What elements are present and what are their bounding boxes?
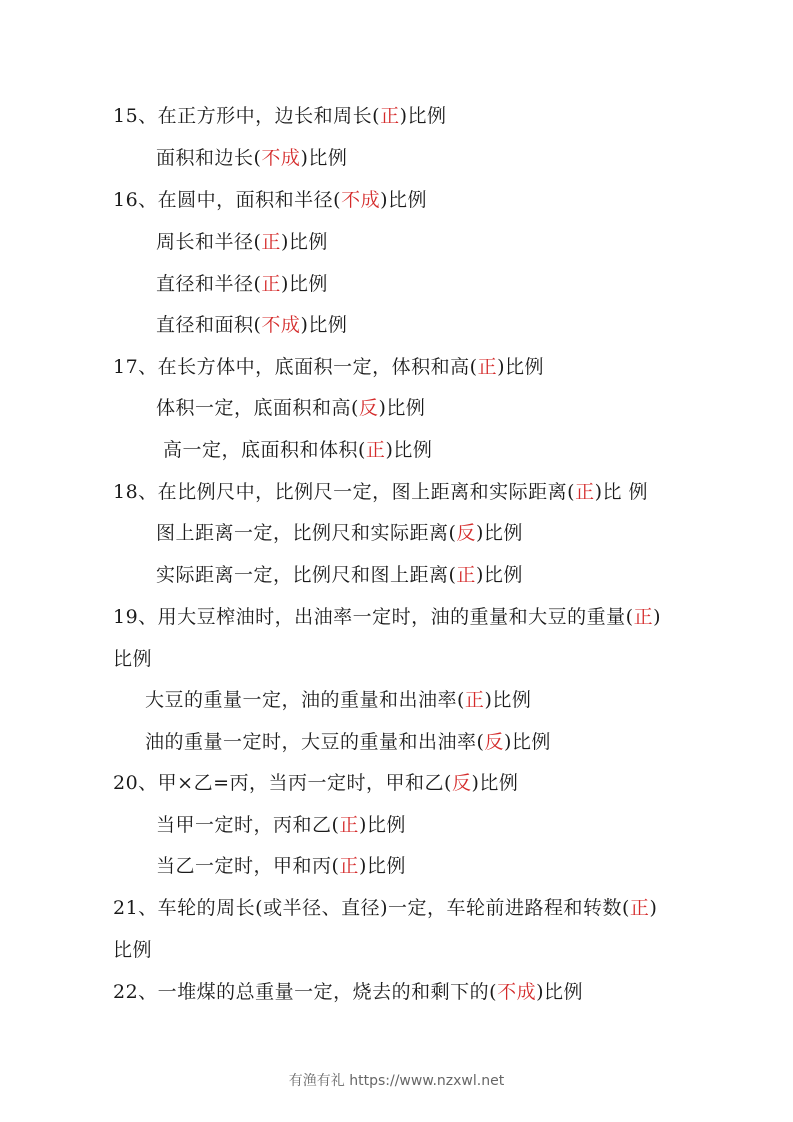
line-suffix: )	[649, 897, 657, 919]
text-line: 周长和半径(正)比例	[156, 230, 328, 254]
line-text: 周长和半径(	[156, 231, 261, 253]
line-suffix: )比例	[484, 689, 531, 711]
text-line: 21、车轮的周长(或半径、直径)一定，车轮前进路程和转数(正)	[113, 896, 657, 920]
line-text: 22、一堆煤的总重量一定，烧去的和剩下的(	[113, 981, 497, 1003]
line-suffix: )比例	[476, 564, 523, 586]
answer-text: 正	[465, 689, 485, 711]
text-line: 面积和边长(不成)比例	[156, 146, 347, 170]
line-text: 19、用大豆榨油时，出油率一定时，油的重量和大豆的重量(	[113, 606, 634, 628]
answer-text: 正	[630, 897, 650, 919]
text-line: 油的重量一定时，大豆的重量和出油率(反)比例	[145, 730, 551, 754]
line-text: 比例	[113, 648, 152, 670]
line-suffix: )比例	[378, 397, 425, 419]
line-text: 面积和边长(	[156, 147, 261, 169]
line-text: 21、车轮的周长(或半径、直径)一定，车轮前进路程和转数(	[113, 897, 630, 919]
line-text: 直径和半径(	[156, 273, 261, 295]
answer-text: 反	[456, 522, 476, 544]
answer-text: 正	[575, 481, 595, 503]
text-line: 18、在比例尺中，比例尺一定，图上距离和实际距离(正)比 例	[113, 480, 648, 504]
line-suffix: )比例	[380, 189, 427, 211]
line-suffix: )比例	[359, 814, 406, 836]
answer-text: 不成	[261, 314, 300, 336]
line-text: 油的重量一定时，大豆的重量和出油率(	[145, 731, 484, 753]
text-line: 高一定，底面积和体积(正)比例	[163, 438, 432, 462]
line-text: 直径和面积(	[156, 314, 261, 336]
line-suffix: )比例	[359, 855, 406, 877]
text-line: 体积一定，底面积和高(反)比例	[156, 396, 425, 420]
line-text: 20、甲×乙=丙，当丙一定时，甲和乙(	[113, 772, 452, 794]
text-line: 大豆的重量一定，油的重量和出油率(正)比例	[145, 688, 531, 712]
line-suffix: )比例	[400, 105, 447, 127]
line-suffix: )	[653, 606, 661, 628]
line-text: 大豆的重量一定，油的重量和出油率(	[145, 689, 465, 711]
answer-text: 正	[366, 439, 386, 461]
text-line: 比例	[113, 938, 152, 962]
text-line: 22、一堆煤的总重量一定，烧去的和剩下的(不成)比例	[113, 980, 583, 1004]
answer-text: 反	[359, 397, 379, 419]
line-suffix: )比例	[281, 231, 328, 253]
line-suffix: )比例	[497, 356, 544, 378]
answer-text: 正	[261, 231, 281, 253]
line-suffix: )比例	[281, 273, 328, 295]
answer-text: 正	[478, 356, 498, 378]
line-text: 当甲一定时，丙和乙(	[156, 814, 339, 836]
answer-text: 正	[339, 855, 359, 877]
answer-text: 正	[380, 105, 400, 127]
text-line: 比例	[113, 647, 152, 671]
text-line: 直径和面积(不成)比例	[156, 313, 347, 337]
answer-text: 正	[339, 814, 359, 836]
line-suffix: )比例	[300, 314, 347, 336]
text-line: 直径和半径(正)比例	[156, 272, 328, 296]
line-suffix: )比 例	[595, 481, 648, 503]
line-suffix: )比例	[300, 147, 347, 169]
answer-text: 不成	[341, 189, 380, 211]
line-suffix: )比例	[476, 522, 523, 544]
answer-text: 不成	[497, 981, 536, 1003]
line-text: 图上距离一定，比例尺和实际距离(	[156, 522, 456, 544]
text-line: 15、在正方形中，边长和周长(正)比例	[113, 104, 447, 128]
line-text: 高一定，底面积和体积(	[163, 439, 366, 461]
text-line: 图上距离一定，比例尺和实际距离(反)比例	[156, 521, 523, 545]
text-line: 16、在圆中，面积和半径(不成)比例	[113, 188, 427, 212]
line-suffix: )比例	[536, 981, 583, 1003]
text-line: 19、用大豆榨油时，出油率一定时，油的重量和大豆的重量(正)	[113, 605, 661, 629]
line-text: 18、在比例尺中，比例尺一定，图上距离和实际距离(	[113, 481, 575, 503]
line-text: 比例	[113, 939, 152, 961]
line-text: 体积一定，底面积和高(	[156, 397, 359, 419]
text-line: 20、甲×乙=丙，当丙一定时，甲和乙(反)比例	[113, 771, 518, 795]
line-text: 当乙一定时，甲和丙(	[156, 855, 339, 877]
answer-text: 正	[634, 606, 654, 628]
footer-watermark: 有渔有礼 https://www.nzxwl.net	[0, 1070, 793, 1090]
line-suffix: )比例	[385, 439, 432, 461]
text-line: 17、在长方体中，底面积一定，体积和高(正)比例	[113, 355, 544, 379]
line-text: 实际距离一定，比例尺和图上距离(	[156, 564, 456, 586]
answer-text: 反	[452, 772, 472, 794]
text-line: 当甲一定时，丙和乙(正)比例	[156, 813, 406, 837]
text-line: 实际距离一定，比例尺和图上距离(正)比例	[156, 563, 523, 587]
answer-text: 反	[484, 731, 504, 753]
answer-text: 正	[261, 273, 281, 295]
answer-text: 正	[456, 564, 476, 586]
text-line: 当乙一定时，甲和丙(正)比例	[156, 854, 406, 878]
line-suffix: )比例	[504, 731, 551, 753]
line-text: 17、在长方体中，底面积一定，体积和高(	[113, 356, 478, 378]
line-suffix: )比例	[471, 772, 518, 794]
answer-text: 不成	[261, 147, 300, 169]
line-text: 15、在正方形中，边长和周长(	[113, 105, 380, 127]
line-text: 16、在圆中，面积和半径(	[113, 189, 341, 211]
